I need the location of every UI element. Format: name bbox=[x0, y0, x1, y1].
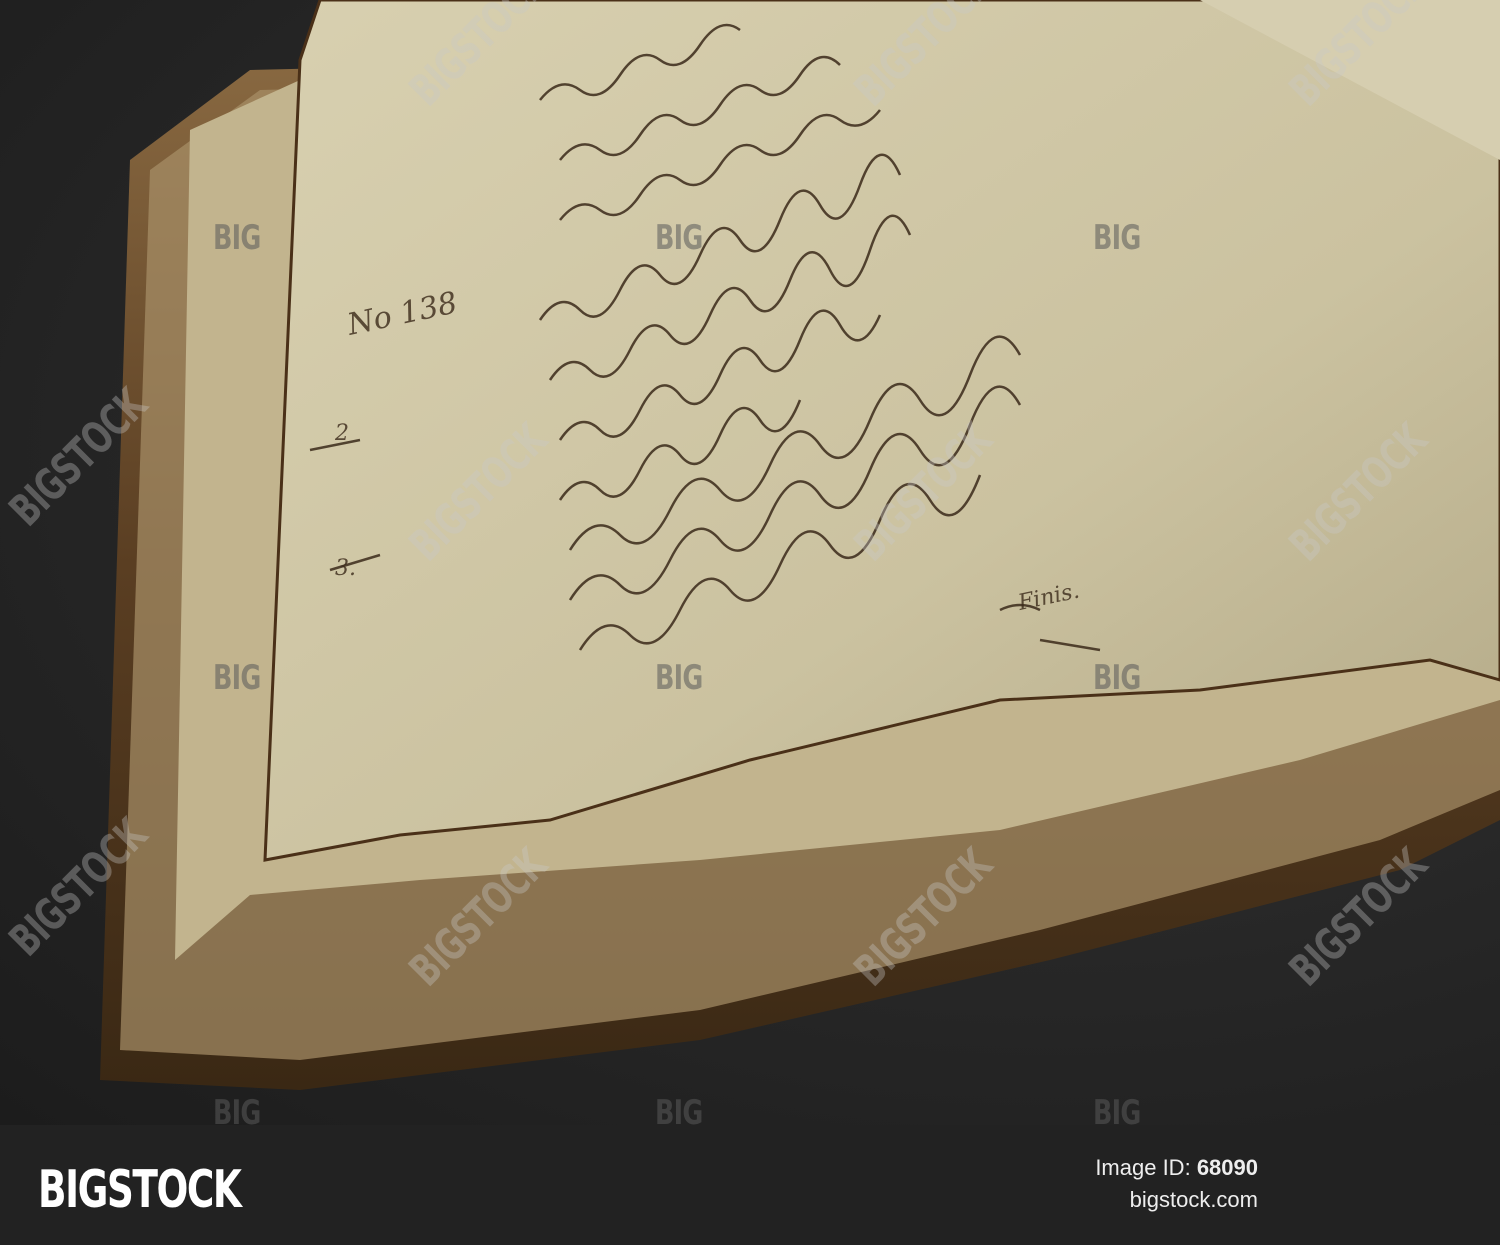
image-id-value: 68090 bbox=[1197, 1155, 1258, 1180]
image-id: Image ID: 68090 bbox=[1095, 1155, 1258, 1181]
image-id-label: Image ID: bbox=[1095, 1155, 1190, 1180]
watermark-big: BIG bbox=[655, 1093, 703, 1125]
watermark-big: BIG bbox=[213, 1093, 261, 1125]
svg-text:2: 2 bbox=[334, 421, 349, 446]
watermark-big: BIG bbox=[1093, 218, 1141, 258]
svg-text:3.: 3. bbox=[335, 556, 356, 581]
watermark-big: BIG bbox=[655, 218, 703, 258]
book-illustration: No 138 2 3. Finis. bbox=[0, 0, 1500, 1125]
footer-bar: BIGSTOCK Image ID: 68090 bigstock.com bbox=[0, 1125, 1500, 1245]
watermark-big: BIG bbox=[213, 218, 261, 258]
stock-photo: No 138 2 3. Finis. BIG BIG BIG BIG BIG B… bbox=[0, 0, 1500, 1125]
watermark-big: BIG bbox=[655, 658, 703, 698]
bigstock-logo[interactable]: BIGSTOCK bbox=[38, 1160, 241, 1220]
site-link[interactable]: bigstock.com bbox=[1130, 1187, 1258, 1213]
watermark-big: BIG bbox=[213, 658, 261, 698]
watermark-big: BIG bbox=[1093, 658, 1141, 698]
watermark-big: BIG bbox=[1093, 1093, 1141, 1125]
